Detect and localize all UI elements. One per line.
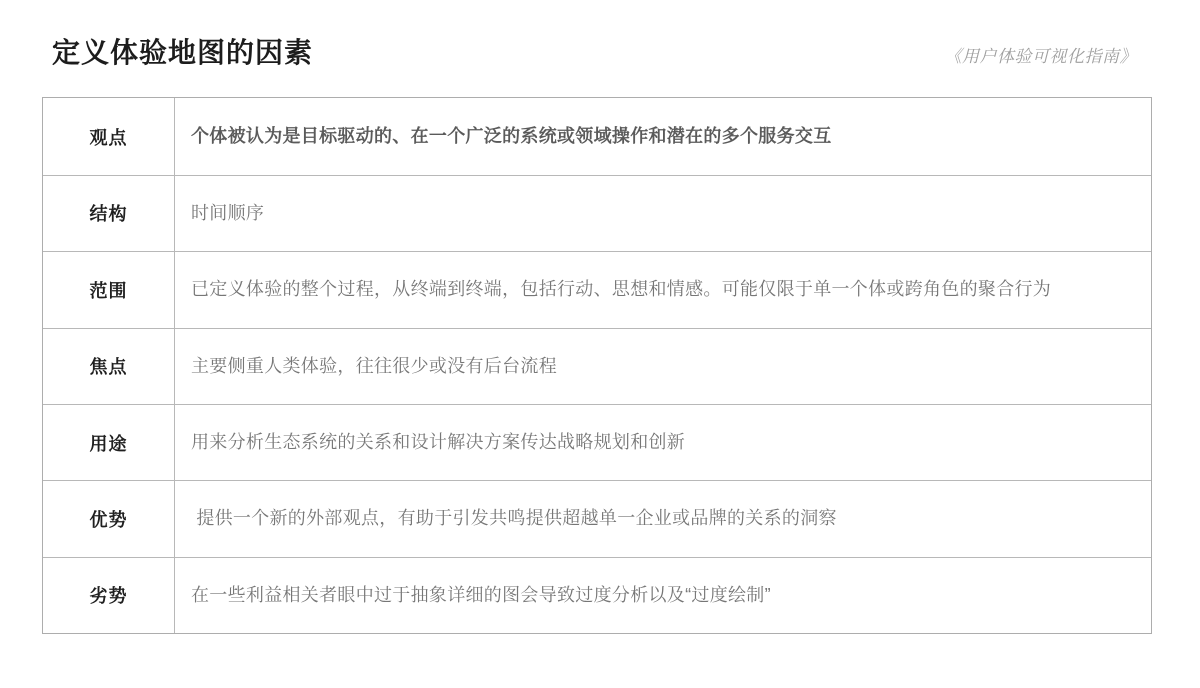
table-row: 用途 用来分析生态系统的关系和设计解决方案传达战略规划和创新 <box>43 404 1151 480</box>
table-row: 范围 已定义体验的整个过程，从终端到终端，包括行动、思想和情感。可能仅限于单一个… <box>43 251 1151 327</box>
header: 定义体验地图的因素 《用户体验可视化指南》 <box>52 38 1137 67</box>
source-citation: 《用户体验可视化指南》 <box>945 42 1138 67</box>
row-label: 范围 <box>43 252 175 327</box>
page-title: 定义体验地图的因素 <box>52 38 313 67</box>
factors-table-body: 观点 个体被认为是目标驱动的、在一个广泛的系统或领域操作和潜在的多个服务交互 结… <box>42 97 1152 634</box>
row-content: 已定义体验的整个过程，从终端到终端，包括行动、思想和情感。可能仅限于单一个体或跨… <box>175 252 1151 327</box>
row-content: 时间顺序 <box>175 176 1151 251</box>
row-content: 在一些利益相关者眼中过于抽象详细的图会导致过度分析以及“过度绘制” <box>175 558 1151 633</box>
table-row: 焦点 主要侧重人类体验，往往很少或没有后台流程 <box>43 328 1151 404</box>
row-content: 提供一个新的外部观点，有助于引发共鸣提供超越单一企业或品牌的关系的洞察 <box>175 481 1151 556</box>
row-label: 结构 <box>43 176 175 251</box>
table-row: 观点 个体被认为是目标驱动的、在一个广泛的系统或领域操作和潜在的多个服务交互 <box>43 98 1151 174</box>
table-row: 结构 时间顺序 <box>43 175 1151 251</box>
row-label: 观点 <box>43 98 175 174</box>
row-label: 优势 <box>43 481 175 556</box>
row-label: 焦点 <box>43 329 175 404</box>
row-content: 个体被认为是目标驱动的、在一个广泛的系统或领域操作和潜在的多个服务交互 <box>175 98 1151 174</box>
table-row: 优势 提供一个新的外部观点，有助于引发共鸣提供超越单一企业或品牌的关系的洞察 <box>43 480 1151 556</box>
table-row: 劣势 在一些利益相关者眼中过于抽象详细的图会导致过度分析以及“过度绘制” <box>43 557 1151 633</box>
row-label: 用途 <box>43 405 175 480</box>
row-content: 主要侧重人类体验，往往很少或没有后台流程 <box>175 329 1151 404</box>
row-content: 用来分析生态系统的关系和设计解决方案传达战略规划和创新 <box>175 405 1151 480</box>
row-label: 劣势 <box>43 558 175 633</box>
